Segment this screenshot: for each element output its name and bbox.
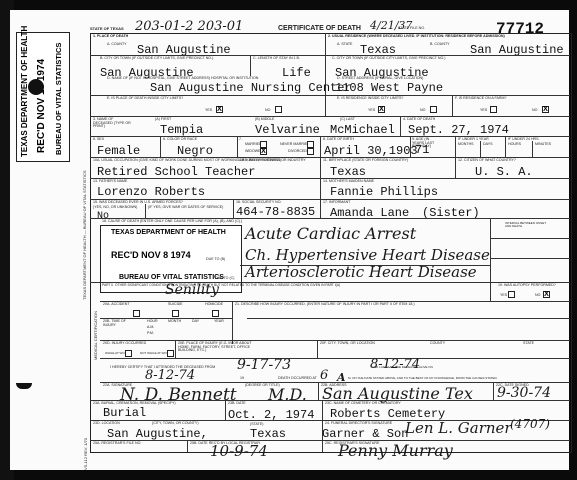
industry-label: 10b. KIND OF BUSINESS OR INDUSTRY xyxy=(238,159,306,163)
res-inside-city-label: e. IS RESIDENCE INSIDE CITY LIMITS? xyxy=(337,97,403,101)
injury-state-label: STATE xyxy=(523,342,534,346)
part2-condition: Senility xyxy=(165,283,219,297)
race: Negro xyxy=(177,145,213,157)
divorced-checkbox[interactable] xyxy=(307,148,314,155)
registrar-date: 10-9-74 xyxy=(210,444,268,459)
months-label: Months xyxy=(458,143,474,147)
pod-inside-city-label: e. IS PLACE OF DEATH INSIDE CITY LIMITS? xyxy=(107,97,183,101)
first-name: Tempia xyxy=(160,124,203,136)
hour-label: Hour xyxy=(147,320,158,324)
funeral-home: Garner & Son xyxy=(322,428,408,440)
date-signed: 9-30-74 xyxy=(497,386,551,400)
pod-city-label: b. CITY OR TOWN (If outside city limits,… xyxy=(100,57,213,61)
while-at-work-checkbox[interactable] xyxy=(125,350,132,357)
res-farm-label: f. IS RESIDENCE ON A FARM? xyxy=(455,97,507,101)
autopsy-no-checkbox[interactable]: X xyxy=(543,291,550,298)
margin-side-text: TEXAS DEPARTMENT OF HEALTH — BUREAU OF V… xyxy=(83,170,87,300)
citizen-label: 12. CITIZEN OF WHAT COUNTRY? xyxy=(458,159,516,163)
not-at-work-checkbox[interactable] xyxy=(167,350,174,357)
suicide-checkbox[interactable] xyxy=(172,310,179,317)
director-label: 24. FUNERAL DIRECTOR'S SIGNATURE xyxy=(325,422,392,426)
married-checkbox[interactable] xyxy=(260,141,267,148)
interval-label: INTERVAL BETWEEN ONSET AND DEATH xyxy=(505,222,550,228)
place-of-death-label: 1. PLACE OF DEATH xyxy=(93,35,128,39)
cemetery-label: 23c. NAME OF CEMETERY OR CREMATORY xyxy=(325,402,401,406)
pod-yes-label: YES xyxy=(205,109,212,113)
date-of-death: Sept. 27, 1974 xyxy=(408,124,509,136)
stamp-side-line2: REC'D NOV 18 1974 xyxy=(36,59,47,153)
middle-name-label: (b) Middle xyxy=(255,118,274,122)
date-of-birth: April 30,1903 xyxy=(324,145,418,157)
month-label: Month xyxy=(168,320,181,324)
farm-no-label: NO xyxy=(532,109,537,113)
father-name: Lorenzo Roberts xyxy=(97,186,205,198)
accident-label: 20a. ACCIDENT xyxy=(103,303,130,307)
cause-line-a: Acute Cardiac Arrest xyxy=(245,226,416,242)
year-prefix-label: 19 xyxy=(240,377,244,381)
injury-city-label: 20f. CITY, TOWN, OR LOCATION xyxy=(320,342,375,346)
res-yes-label: YES xyxy=(368,109,375,113)
hours-label: Hours xyxy=(508,143,521,147)
days-label: Days xyxy=(483,143,493,147)
res-street: 1108 West Payne xyxy=(335,82,443,94)
burial-date-label: 23b. DATE xyxy=(228,402,246,406)
pod-no-label: NO xyxy=(265,109,270,113)
res-county-label: b. COUNTY xyxy=(430,43,450,47)
state-file-label: STATE FILE NO. xyxy=(398,27,425,31)
autopsy-label: 19. WAS AUTOPSY PERFORMED? xyxy=(498,284,558,288)
stamp-side-line3: BUREAU OF VITAL STATISTICS xyxy=(54,43,63,155)
res-city-label: c. CITY OR TOWN (If outside city limits,… xyxy=(332,57,445,61)
pm-label: p.m. xyxy=(147,332,154,336)
res-farm-yes-checkbox[interactable] xyxy=(490,106,497,113)
citizen: U. S. A. xyxy=(475,166,533,178)
farm-yes-label: YES xyxy=(480,109,487,113)
birthplace: Texas xyxy=(330,166,366,178)
stamp-hole-punch xyxy=(28,79,44,95)
year-label: Year xyxy=(214,320,224,324)
injury-county-label: COUNTY xyxy=(430,342,445,346)
stamp-inner-line1: TEXAS DEPARTMENT OF HEALTH xyxy=(111,229,226,236)
margin-form-no: VS-112 REV. 1/70 xyxy=(84,438,88,470)
pod-inside-city-yes-checkbox[interactable]: X xyxy=(216,106,223,113)
certificate-title: CERTIFICATE OF DEATH xyxy=(278,25,361,32)
widowed-checkbox[interactable]: X xyxy=(260,148,267,155)
part2-label: PART II. OTHER SIGNIFICANT CONDITIONS CO… xyxy=(102,284,340,287)
pod-inside-city-no-checkbox[interactable] xyxy=(275,106,282,113)
due-to-c-label: DUE TO (c) xyxy=(215,277,234,281)
death-tail-text: m. on the date stated above, and to the … xyxy=(348,377,498,380)
middle-name: Velvarine xyxy=(255,124,320,136)
attended-from-date: 9-17-73 xyxy=(237,358,291,372)
attended-to-date: 8-12-74 xyxy=(145,369,195,382)
armed-sub2: (If yes, give war or dates of service) xyxy=(148,206,223,210)
burial-method: Burial xyxy=(103,407,146,419)
last-seen-date: 8-12-74 xyxy=(370,358,420,371)
am-label: a.m. xyxy=(147,326,154,330)
res-farm-no-checkbox[interactable]: X xyxy=(542,106,549,113)
pod-stay-label: c. LENGTH OF STAY IN 1 b. xyxy=(253,57,300,61)
location-state: Texas xyxy=(250,428,286,440)
minutes-label: Minutes xyxy=(535,143,551,147)
divorced-label: Divorced xyxy=(288,150,307,154)
res-no-label: NO xyxy=(420,109,425,113)
homicide-label: HOMICIDE xyxy=(205,303,223,307)
cause-line-b: Ch. Hypertensive Heart Disease xyxy=(245,248,490,263)
received-stamp-side: TEXAS DEPARTMENT OF HEALTH REC'D NOV 18 … xyxy=(16,32,70,162)
state-of-texas-label: STATE OF TEXAS xyxy=(90,27,124,31)
res-state-label: a. STATE xyxy=(337,43,352,47)
stamp-side-line1: TEXAS DEPARTMENT OF HEALTH xyxy=(20,26,29,157)
injury-occurred-label: 20d. INJURY OCCURRED xyxy=(103,342,146,346)
first-name-label: (a) First xyxy=(155,118,171,122)
cause-label: 18. CAUSE OF DEATH [Enter only one cause… xyxy=(102,220,242,224)
describe-injury-label: 21. DESCRIBE HOW INJURY OCCURRED. (Enter… xyxy=(235,303,415,307)
handwritten-codes: 203-01-2 203-01 xyxy=(135,20,243,33)
location-sub-label: (City, town, or county) xyxy=(152,422,199,426)
stamp-inner-line3: BUREAU OF VITAL STATISTICS xyxy=(119,274,224,281)
armed-sub1: (Yes, no, or unknown) xyxy=(93,206,137,210)
death-occurred-text: Death occurred at xyxy=(278,377,317,381)
age: 71 xyxy=(415,144,429,156)
place-of-injury-label: 20e. PLACE OF INJURY (e.g. in or about h… xyxy=(178,342,258,353)
pod-county-label: a. COUNTY xyxy=(107,43,127,47)
never-married-checkbox[interactable] xyxy=(307,141,314,148)
dob-label: 8. DATE OF BIRTH xyxy=(323,138,354,142)
time-of-injury-label: 20b. TIME OF INJURY xyxy=(103,320,133,327)
sex-label: 5. SEX xyxy=(93,138,104,142)
last-name: McMichael xyxy=(330,124,395,136)
pod-stay: Life xyxy=(282,67,311,79)
mother-name: Fannie Phillips xyxy=(330,186,438,198)
informant-label: 17. INFORMANT xyxy=(323,201,350,205)
location-label: 23d. LOCATION xyxy=(93,422,120,426)
birthplace-label: 11. BIRTHPLACE (State or foreign country… xyxy=(323,159,408,163)
ssn: 464-78-8835 xyxy=(236,206,315,218)
race-label: 6. COLOR OR RACE xyxy=(163,138,197,142)
mother-label: 14. MOTHER'S MAIDEN NAME xyxy=(323,180,374,184)
cause-line-c: Arteriosclerotic Heart Disease xyxy=(245,265,477,280)
pod-hospital: San Augustine Nursing Center xyxy=(150,82,352,94)
death-hour: 6 xyxy=(320,369,328,382)
father-label: 13. FATHER'S NAME xyxy=(93,180,127,184)
marital-label: 7. xyxy=(239,138,242,142)
occupation: Retired School Teacher xyxy=(97,166,255,178)
director-number: (4707) xyxy=(510,418,550,430)
registrar-signature: Penny Murray xyxy=(338,443,453,459)
name-label: 3. NAME OF DECEASED (Type or print) xyxy=(93,118,133,129)
autopsy-no-label: NO xyxy=(535,294,540,298)
sex: Female xyxy=(97,145,140,157)
location-city: San Augustine, xyxy=(107,428,208,440)
res-inside-city-no-checkbox[interactable] xyxy=(430,106,437,113)
residence-label: 2. USUAL RESIDENCE (Where deceased lived… xyxy=(328,35,505,39)
homicide-checkbox[interactable] xyxy=(212,310,219,317)
last-name-label: (c) Last xyxy=(340,118,355,122)
never-married-label: Never Married xyxy=(280,143,310,147)
accident-checkbox[interactable] xyxy=(133,310,140,317)
res-inside-city-yes-checkbox[interactable]: X xyxy=(378,106,385,113)
due-to-b-label: DUE TO (b) xyxy=(206,258,225,262)
stamp-inner-line2: REC'D NOV 8 1974 xyxy=(111,250,191,260)
autopsy-yes-checkbox[interactable] xyxy=(508,291,515,298)
day-label: Day xyxy=(192,320,199,324)
suicide-label: SUICIDE xyxy=(168,303,183,307)
autopsy-yes-label: YES xyxy=(500,294,507,298)
registrar-file-label: 25a. REGISTRAR'S FILE NO. xyxy=(93,442,141,446)
dod-label: 4. DATE OF DEATH xyxy=(403,118,435,122)
director-signature: Len L. Garner xyxy=(405,421,512,436)
